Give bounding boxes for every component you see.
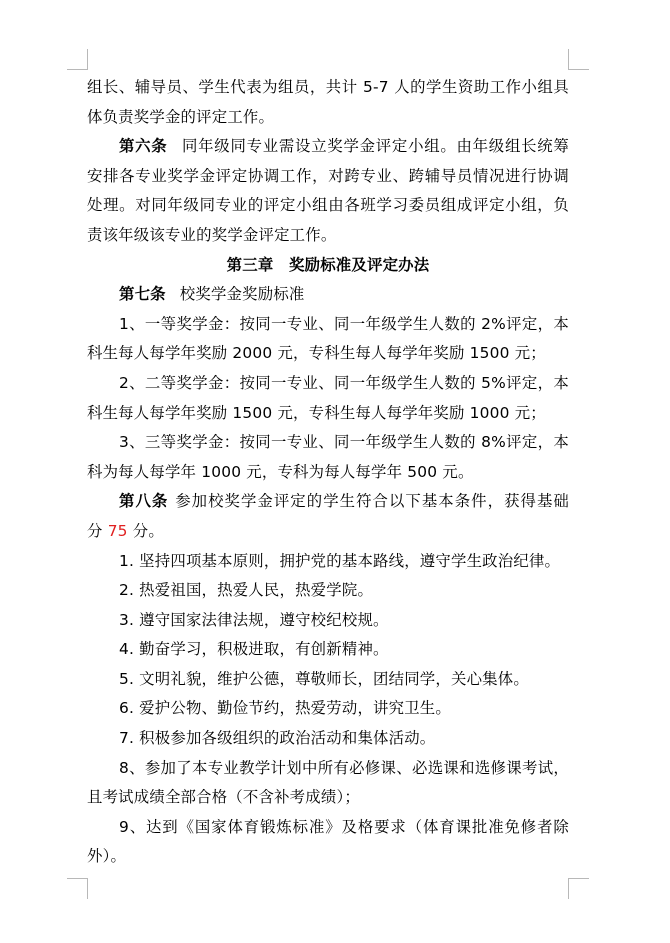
award-item-1-line2: 科生每人每学年奖励 2000 元，专科生每人每学年奖励 1500 元； (87, 339, 569, 369)
corner-mark-top-right-v (568, 49, 569, 69)
condition-item-5: 5. 文明礼貌，维护公德，尊敬师长，团结同学，关心集体。 (87, 665, 569, 695)
corner-mark-top-left-h (67, 69, 88, 70)
text-line: 组长、辅导员、学生代表为组员，共计 5-7 人的学生资助工作小组具 (87, 73, 569, 103)
text-line: 安排各专业奖学金评定协调工作，对跨专业、跨辅导员情况进行协调 (87, 162, 569, 192)
award-item-3-line1: 3、三等奖学金：按同一专业、同一年级学生人数的 8%评定，本 (87, 428, 569, 458)
article-7-label: 第七条 (119, 285, 166, 303)
corner-mark-bottom-right-v (568, 878, 569, 899)
corner-mark-top-left-v (87, 49, 88, 69)
award-item-2-line1: 2、二等奖学金：按同一专业、同一年级学生人数的 5%评定，本 (87, 369, 569, 399)
condition-item-9-line1: 9、达到《国家体育锻炼标准》及格要求（体育课批准免修者除 (87, 813, 569, 843)
article-8-score-line: 分 75 分。 (87, 517, 569, 547)
condition-item-8-line2: 且考试成绩全部合格（不含补考成绩）； (87, 783, 569, 813)
article-7-heading-line: 第七条校奖学金奖励标准 (87, 280, 569, 310)
award-item-3-line2: 科为每人每学年 1000 元，专科为每人每学年 500 元。 (87, 458, 569, 488)
article-8-text: 参加校奖学金评定的学生符合以下基本条件，获得基础 (174, 492, 569, 510)
condition-item-9-line2: 外）。 (87, 842, 569, 872)
corner-mark-top-right-h (568, 69, 589, 70)
condition-item-1: 1. 坚持四项基本原则，拥护党的基本路线，遵守学生政治纪律。 (87, 547, 569, 577)
condition-item-2: 2. 热爱祖国，热爱人民，热爱学院。 (87, 576, 569, 606)
condition-item-8-line1: 8、参加了本专业教学计划中所有必修课、必选课和选修课考试， (87, 754, 569, 784)
award-item-1-line1: 1、一等奖学金：按同一专业、同一年级学生人数的 2%评定，本 (87, 310, 569, 340)
score-prefix: 分 (87, 522, 108, 540)
article-6-text: 同年级同专业需设立奖学金评定小组。由年级组长统筹 (181, 137, 569, 155)
text-line: 责该年级该专业的奖学金评定工作。 (87, 221, 569, 251)
score-suffix: 分。 (128, 522, 164, 540)
article-6-label: 第六条 (119, 137, 167, 155)
chapter-3-title: 第三章 奖励标准及评定办法 (87, 251, 569, 281)
corner-mark-bottom-left-h (67, 878, 88, 879)
article-6-heading-line: 第六条同年级同专业需设立奖学金评定小组。由年级组长统筹 (87, 132, 569, 162)
corner-mark-bottom-right-h (568, 878, 589, 879)
corner-mark-bottom-left-v (87, 878, 88, 899)
condition-item-6: 6. 爱护公物、勤俭节约，热爱劳动，讲究卫生。 (87, 694, 569, 724)
article-8-label: 第八条 (119, 492, 168, 510)
article-8-heading-line: 第八条参加校奖学金评定的学生符合以下基本条件，获得基础 (87, 487, 569, 517)
condition-item-4: 4. 勤奋学习，积极进取，有创新精神。 (87, 635, 569, 665)
condition-item-7: 7. 积极参加各级组织的政治活动和集体活动。 (87, 724, 569, 754)
article-7-title: 校奖学金奖励标准 (180, 285, 305, 303)
award-item-2-line2: 科生每人每学年奖励 1500 元，专科生每人每学年奖励 1000 元； (87, 399, 569, 429)
document-body: 组长、辅导员、学生代表为组员，共计 5-7 人的学生资助工作小组具 体负责奖学金… (87, 73, 569, 872)
condition-item-3: 3. 遵守国家法律法规，遵守校纪校规。 (87, 606, 569, 636)
text-line: 处理。对同年级同专业的评定小组由各班学习委员组成评定小组，负 (87, 191, 569, 221)
base-score-value: 75 (108, 522, 128, 540)
text-line: 体负责奖学金的评定工作。 (87, 103, 569, 133)
